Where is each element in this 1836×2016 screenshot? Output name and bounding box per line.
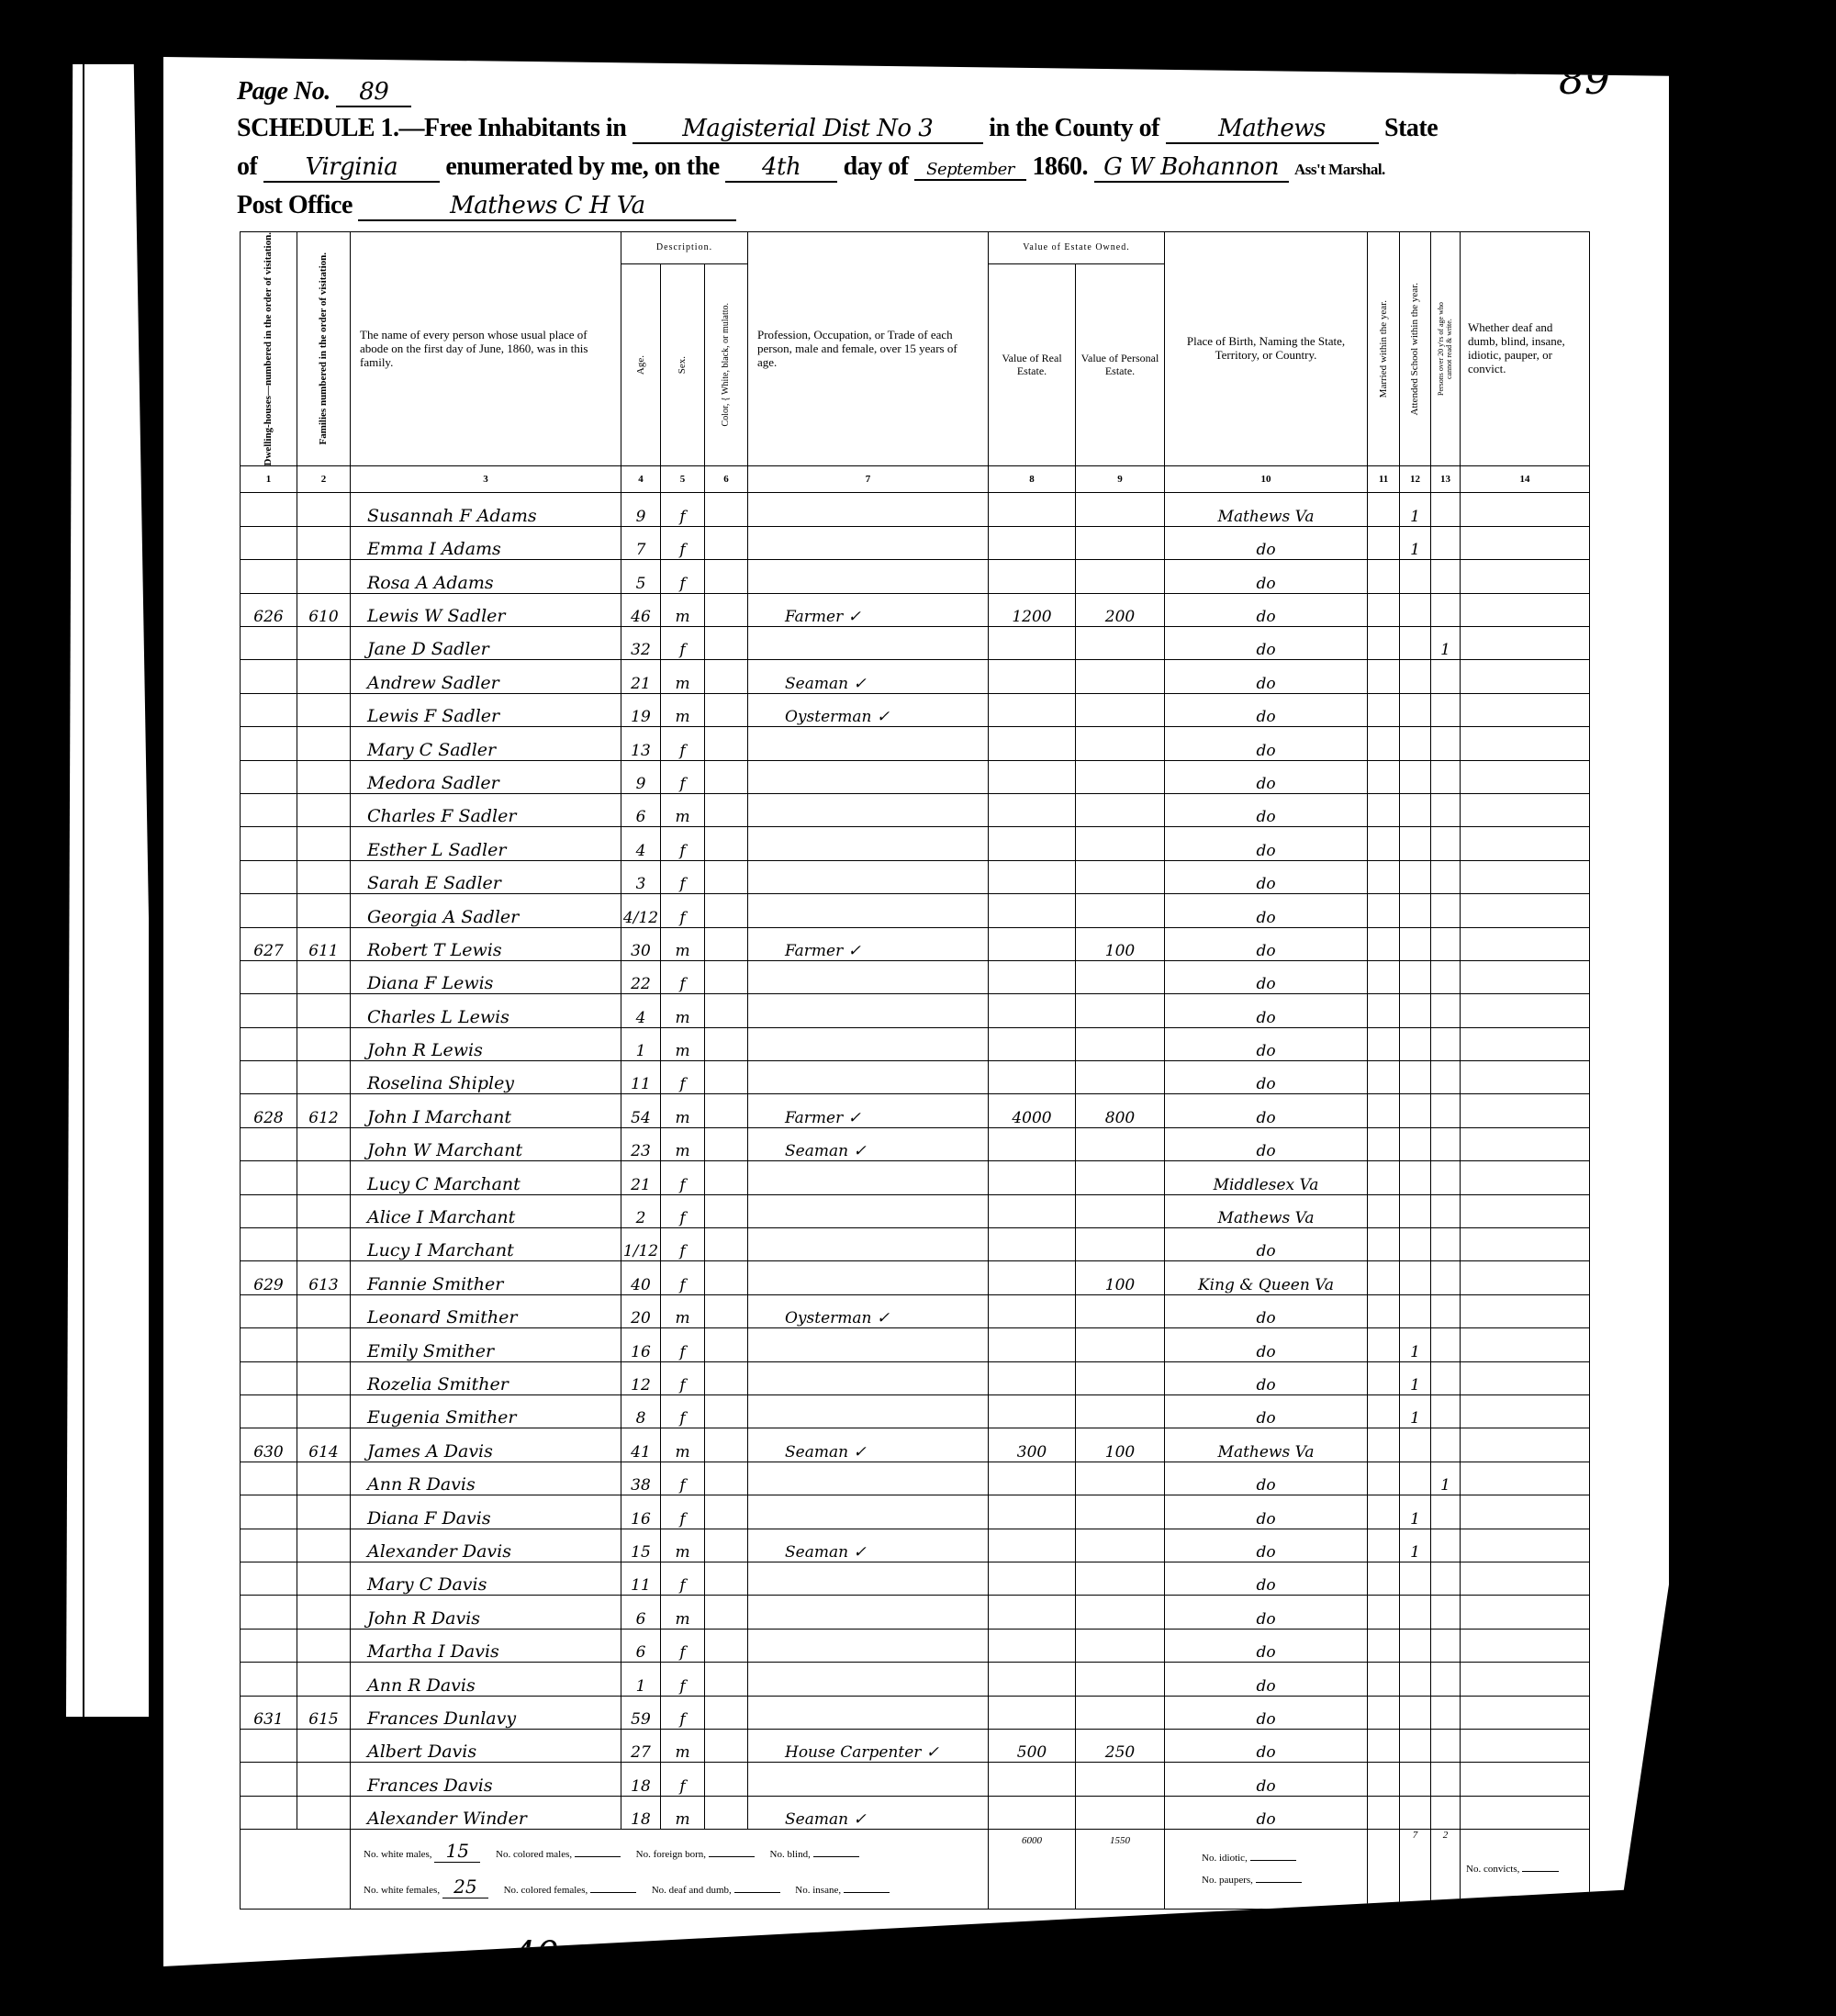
cannot-read-write [1431,860,1461,893]
table-row: Diana F Lewis 22 f do [241,960,1590,993]
occupation [748,1361,989,1394]
person-name: Frances Davis [351,1763,621,1796]
color [705,1328,748,1361]
sex: f [661,1228,705,1261]
personal-estate-value [1076,1027,1165,1060]
family-number: 613 [297,1261,351,1294]
illiterate-total: 2 [1431,1830,1461,1910]
family-number [297,1495,351,1529]
family-number [297,1562,351,1595]
table-row: Lewis F Sadler 19 m Oysterman ✓ do [241,693,1590,726]
married-within-year [1368,994,1400,1027]
age: 6 [621,1629,661,1662]
idiotic-paupers-counts: No. idiotic, No. paupers, [1165,1830,1368,1910]
table-row: Rosa A Adams 5 f do [241,560,1590,593]
place-of-birth: King & Queen Va [1165,1261,1368,1294]
person-name: John W Marchant [351,1127,621,1160]
personal-estate-value: 250 [1076,1729,1165,1762]
personal-estate-value [1076,493,1165,526]
dwelling-number [241,1629,297,1662]
place-of-birth: do [1165,1596,1368,1629]
occupation [748,1328,989,1361]
family-number [297,1395,351,1428]
cannot-read-write [1431,1629,1461,1662]
age: 9 [621,760,661,793]
occupation: Oysterman ✓ [748,693,989,726]
occupation: Seaman ✓ [748,660,989,693]
personal-estate-value: 800 [1076,1094,1165,1127]
table-row: Charles L Lewis 4 m do [241,994,1590,1027]
occupation [748,727,989,760]
color [705,1428,748,1462]
sex: f [661,1328,705,1361]
col10-header: Place of Birth, Naming the State, Territ… [1165,232,1368,466]
person-name: Medora Sadler [351,760,621,793]
idiotic-count: No. idiotic, [1202,1853,1296,1864]
real-estate-value [989,1261,1076,1294]
age: 4 [621,827,661,860]
age: 1 [621,1663,661,1696]
color [705,1629,748,1662]
personal-estate-value [1076,1328,1165,1361]
real-estate-value [989,1596,1076,1629]
personal-estate-value [1076,760,1165,793]
dwelling-number [241,1194,297,1227]
color [705,526,748,559]
real-estate-value [989,1127,1076,1160]
table-row: Alexander Davis 15 m Seaman ✓ do 1 [241,1529,1590,1562]
age: 16 [621,1328,661,1361]
person-name: Robert T Lewis [351,927,621,960]
attended-school [1400,1629,1431,1662]
attended-school [1400,793,1431,826]
personal-estate-value: 100 [1076,927,1165,960]
married-within-year [1368,1796,1400,1829]
cannot-read-write [1431,1027,1461,1060]
place-of-birth: do [1165,1228,1368,1261]
married-within-year [1368,727,1400,760]
color [705,560,748,593]
married-within-year [1368,1729,1400,1762]
marshal-field: G W Bohannon [1094,153,1289,183]
person-name: Diana F Davis [351,1495,621,1529]
family-number [297,1462,351,1495]
table-row: Mary C Davis 11 f do [241,1562,1590,1595]
sex: f [661,760,705,793]
personal-estate-value [1076,960,1165,993]
condition [1461,1763,1590,1796]
occupation [748,560,989,593]
occupation [748,1495,989,1529]
cannot-read-write [1431,1194,1461,1227]
sex: f [661,1395,705,1428]
sex: f [661,1696,705,1729]
cannot-read-write [1431,1729,1461,1762]
occupation [748,1027,989,1060]
family-number [297,1596,351,1629]
cannot-read-write [1431,1094,1461,1127]
personal-estate-value [1076,627,1165,660]
attended-school: 1 [1400,493,1431,526]
table-row: Georgia A Sadler 4/12 f do [241,894,1590,927]
sex: m [661,994,705,1027]
married-within-year [1368,1361,1400,1394]
married-within-year [1368,1061,1400,1094]
married-within-year [1368,1328,1400,1361]
age: 9 [621,493,661,526]
cannot-read-write [1431,994,1461,1027]
cannot-read-write [1431,1663,1461,1696]
age: 7 [621,526,661,559]
colored-females-count: No. colored females, [504,1885,636,1896]
color [705,1027,748,1060]
person-name: Ann R Davis [351,1462,621,1495]
person-name: John I Marchant [351,1094,621,1127]
condition [1461,793,1590,826]
summary-counts: No. white males, 15 No. colored males, N… [351,1830,989,1910]
attended-school [1400,960,1431,993]
married-within-year [1368,1663,1400,1696]
person-name: Georgia A Sadler [351,894,621,927]
personal-estate-value [1076,727,1165,760]
married-within-year [1368,1228,1400,1261]
sex: f [661,1061,705,1094]
sex: m [661,1294,705,1327]
family-number [297,1328,351,1361]
condition [1461,1328,1590,1361]
real-estate-value [989,1061,1076,1094]
place-of-birth: Mathews Va [1165,1194,1368,1227]
condition [1461,1161,1590,1194]
person-name: Mary C Sadler [351,727,621,760]
color [705,1127,748,1160]
occupation [748,760,989,793]
personal-estate-value [1076,1763,1165,1796]
real-estate-value: 1200 [989,593,1076,626]
age: 8 [621,1395,661,1428]
married-within-year [1368,927,1400,960]
table-row: John W Marchant 23 m Seaman ✓ do [241,1127,1590,1160]
color [705,827,748,860]
place-of-birth: do [1165,727,1368,760]
occupation [748,860,989,893]
table-row: Ann R Davis 38 f do 1 [241,1462,1590,1495]
table-row: Emily Smither 16 f do 1 [241,1328,1590,1361]
cannot-read-write [1431,1361,1461,1394]
person-name: John R Davis [351,1596,621,1629]
cannot-read-write [1431,927,1461,960]
cannot-read-write [1431,1763,1461,1796]
attended-school [1400,1094,1431,1127]
post-office-line: Post Office Mathews C H Va [237,191,736,221]
color [705,860,748,893]
place-of-birth: do [1165,1094,1368,1127]
place-of-birth: do [1165,960,1368,993]
table-row: John R Lewis 1 m do [241,1027,1590,1060]
occupation [748,1194,989,1227]
condition [1461,860,1590,893]
col6-header: Color, { White, black, or mulatto. [705,264,748,466]
place-of-birth: do [1165,526,1368,559]
dwelling-number [241,627,297,660]
attended-school [1400,1061,1431,1094]
real-estate-value [989,1228,1076,1261]
colored-males-count: No. colored males, [496,1849,621,1860]
attended-school [1400,627,1431,660]
condition [1461,1127,1590,1160]
col5-header: Sex. [661,264,705,466]
married-within-year [1368,793,1400,826]
attended-school: 1 [1400,1495,1431,1529]
col8-header: Value of Real Estate. [989,264,1076,466]
color [705,1261,748,1294]
family-number [297,627,351,660]
occupation [748,1462,989,1495]
dwelling-number [241,1361,297,1394]
dwelling-number [241,1495,297,1529]
personal-estate-value [1076,693,1165,726]
real-estate-value: 500 [989,1729,1076,1762]
family-number [297,1161,351,1194]
sex: f [661,1763,705,1796]
family-number [297,493,351,526]
personal-estate-value [1076,860,1165,893]
cannot-read-write: 1 [1431,1462,1461,1495]
dwelling-number [241,1228,297,1261]
married-within-year [1368,1161,1400,1194]
family-number [297,827,351,860]
enumeration-line: of Virginia enumerated by me, on the 4th… [237,152,1385,183]
attended-school [1400,727,1431,760]
color [705,1562,748,1595]
person-name: Charles F Sadler [351,793,621,826]
family-number [297,1027,351,1060]
place-of-birth: do [1165,1796,1368,1829]
occupation [748,1562,989,1595]
married-within-year [1368,760,1400,793]
cannot-read-write [1431,1161,1461,1194]
page-count-note: 40 [512,1934,559,1977]
occupation [748,526,989,559]
occupation: Farmer ✓ [748,1094,989,1127]
dwelling-number [241,860,297,893]
color [705,994,748,1027]
personal-estate-value [1076,526,1165,559]
cannot-read-write [1431,793,1461,826]
condition [1461,1228,1590,1261]
person-name: Emily Smither [351,1328,621,1361]
attended-school [1400,1027,1431,1060]
table-row: Andrew Sadler 21 m Seaman ✓ do [241,660,1590,693]
dwelling-number [241,560,297,593]
attended-school [1400,1729,1431,1762]
age: 41 [621,1428,661,1462]
family-number [297,1629,351,1662]
occupation [748,1629,989,1662]
dwelling-number [241,827,297,860]
married-within-year [1368,660,1400,693]
place-of-birth: do [1165,1763,1368,1796]
real-estate-value [989,1529,1076,1562]
cannot-read-write [1431,1261,1461,1294]
married-within-year [1368,1763,1400,1796]
age: 15 [621,1529,661,1562]
age: 1/12 [621,1228,661,1261]
dwelling-number [241,1596,297,1629]
occupation: Oysterman ✓ [748,1294,989,1327]
person-name: Alexander Winder [351,1796,621,1829]
personal-estate-value [1076,1361,1165,1394]
dwelling-number [241,894,297,927]
personal-estate-value [1076,1495,1165,1529]
real-estate-value [989,1629,1076,1662]
age: 19 [621,693,661,726]
married-within-year [1368,593,1400,626]
cannot-read-write [1431,827,1461,860]
school-total: 7 [1400,1830,1431,1910]
sex: f [661,1261,705,1294]
color [705,1495,748,1529]
attended-school [1400,760,1431,793]
real-estate-value [989,1361,1076,1394]
real-estate-value [989,1395,1076,1428]
age: 6 [621,793,661,826]
person-name: Lucy I Marchant [351,1228,621,1261]
condition [1461,1294,1590,1327]
dwelling-number [241,1529,297,1562]
married-within-year [1368,693,1400,726]
cannot-read-write [1431,1395,1461,1428]
place-of-birth: do [1165,793,1368,826]
married-within-year [1368,860,1400,893]
family-number [297,1529,351,1562]
sex: m [661,1796,705,1829]
personal-estate-value [1076,1294,1165,1327]
age: 46 [621,593,661,626]
condition [1461,994,1590,1027]
table-row: Frances Davis 18 f do [241,1763,1590,1796]
personal-estate-value: 200 [1076,593,1165,626]
age: 21 [621,1161,661,1194]
table-row: Roselina Shipley 11 f do [241,1061,1590,1094]
age: 59 [621,1696,661,1729]
dwelling-number: 629 [241,1261,297,1294]
col4-header: Age. [621,264,661,466]
color [705,1228,748,1261]
day-field: 4th [725,153,837,183]
table-row: Susannah F Adams 9 f Mathews Va 1 [241,493,1590,526]
occupation [748,1696,989,1729]
family-number: 614 [297,1428,351,1462]
age: 21 [621,660,661,693]
personal-estate-value [1076,1395,1165,1428]
person-name: Andrew Sadler [351,660,621,693]
table-row: Ann R Davis 1 f do [241,1663,1590,1696]
attended-school [1400,1696,1431,1729]
condition [1461,693,1590,726]
sex: f [661,894,705,927]
family-number: 612 [297,1094,351,1127]
cannot-read-write [1431,1294,1461,1327]
sex: m [661,1428,705,1462]
dwelling-number [241,1127,297,1160]
real-estate-value [989,1763,1076,1796]
married-within-year [1368,1395,1400,1428]
condition [1461,1729,1590,1762]
attended-school [1400,1796,1431,1829]
real-estate-value [989,493,1076,526]
family-number [297,894,351,927]
table-row: 630 614 James A Davis 41 m Seaman ✓ 300 … [241,1428,1590,1462]
cannot-read-write [1431,1596,1461,1629]
col13-header: Persons over 20 y'rs of age who cannot r… [1431,232,1461,466]
foreign-born-count: No. foreign born, [636,1849,755,1860]
condition [1461,827,1590,860]
place-of-birth: do [1165,1027,1368,1060]
personal-estate-value [1076,1161,1165,1194]
occupation: Farmer ✓ [748,593,989,626]
table-row: Lucy I Marchant 1/12 f do [241,1228,1590,1261]
family-number [297,1729,351,1762]
estate-header: Value of Estate Owned. [989,232,1165,264]
attended-school [1400,560,1431,593]
family-number [297,994,351,1027]
table-row: Rozelia Smither 12 f do 1 [241,1361,1590,1394]
census-table: Dwelling-houses—numbered in the order of… [240,231,1590,1910]
table-row: Eugenia Smither 8 f do 1 [241,1395,1590,1428]
person-name: Mary C Davis [351,1562,621,1595]
paupers-count: No. paupers, [1202,1875,1302,1886]
person-name: Leonard Smither [351,1294,621,1327]
color [705,1161,748,1194]
real-estate-value [989,960,1076,993]
condition [1461,1629,1590,1662]
family-number [297,960,351,993]
real-estate-value [989,1663,1076,1696]
personal-estate-value [1076,1127,1165,1160]
sex: m [661,793,705,826]
attended-school: 1 [1400,1361,1431,1394]
color [705,960,748,993]
real-estate-value: 4000 [989,1094,1076,1127]
table-row: John R Davis 6 m do [241,1596,1590,1629]
married-within-year [1368,1596,1400,1629]
color [705,1596,748,1629]
age: 5 [621,560,661,593]
color [705,1529,748,1562]
census-rows: Susannah F Adams 9 f Mathews Va 1 Emma I… [241,493,1590,1830]
real-estate-value [989,660,1076,693]
dwelling-number [241,1763,297,1796]
real-estate-value [989,827,1076,860]
attended-school: 1 [1400,1395,1431,1428]
real-estate-value [989,927,1076,960]
family-number [297,560,351,593]
age: 40 [621,1261,661,1294]
married-within-year [1368,1462,1400,1495]
dwelling-number [241,1729,297,1762]
age: 1 [621,1027,661,1060]
color [705,1462,748,1495]
condition [1461,1361,1590,1394]
person-name: Jane D Sadler [351,627,621,660]
person-name: Rozelia Smither [351,1361,621,1394]
sex: f [661,860,705,893]
dwelling-number [241,960,297,993]
age: 23 [621,1127,661,1160]
real-estate-value [989,994,1076,1027]
place-of-birth: do [1165,1729,1368,1762]
